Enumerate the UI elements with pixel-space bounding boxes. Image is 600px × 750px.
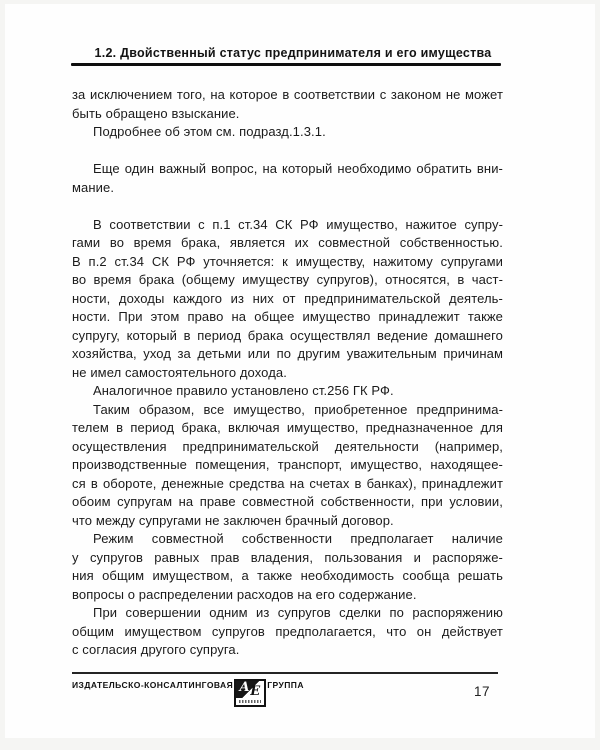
text-line: с согласия другого супруга. — [72, 641, 503, 660]
text-line: супругу, который в период брака осуществ… — [72, 327, 503, 346]
paragraph: Таким образом, все имущество, приобретен… — [72, 401, 503, 531]
header-rule — [71, 63, 501, 66]
text-line: Режим совместной собственности предполаг… — [72, 530, 503, 549]
paragraph: Аналогичное правило установлено ст.256 Г… — [72, 382, 503, 401]
text-line: что между супругами не заключен брачный … — [72, 512, 503, 531]
text-line: общим имуществом супругов предполагается… — [72, 623, 503, 642]
paragraph: Еще один важный вопрос, на который необх… — [72, 160, 503, 197]
paragraph: за исключением того, на которое в соотве… — [72, 86, 503, 123]
text-line: телем в период брака, включая имущество,… — [72, 419, 503, 438]
page-body: за исключением того, на которое в соотве… — [72, 86, 503, 660]
running-header: 1.2. Двойственный статус предпринимателя… — [71, 46, 501, 66]
text-line: В п.2 ст.34 СК РФ уточняется: к имуществ… — [72, 253, 503, 272]
text-line: обоим супругам на праве совместной собст… — [72, 493, 503, 512]
logo-caption-smudge — [239, 700, 261, 703]
footer-row: ИЗДАТЕЛЬСКО-КОНСАЛТИНГОВАЯ А Е ГРУППА 17 — [72, 678, 498, 707]
page-number: 17 — [474, 678, 498, 699]
text-line: ности, доходы каждого из них от предприн… — [72, 290, 503, 309]
paragraph: Режим совместной собственности предполаг… — [72, 530, 503, 604]
text-line: В соответствии с п.1 ст.34 СК РФ имущест… — [72, 216, 503, 235]
text-line: Аналогичное правило установлено ст.256 Г… — [72, 382, 503, 401]
publisher-name-right: ГРУППА — [267, 678, 304, 690]
text-line: за исключением того, на которое в соотве… — [72, 86, 503, 105]
page-footer: ИЗДАТЕЛЬСКО-КОНСАЛТИНГОВАЯ А Е ГРУППА 17 — [72, 672, 498, 707]
text-line: Подробнее об этом см. подразд.1.3.1. — [72, 123, 503, 142]
text-line: ния общим имуществом, а также необходимо… — [72, 567, 503, 586]
text-line: ности. При этом право на общее имущество… — [72, 308, 503, 327]
chapter-heading: 1.2. Двойственный статус предпринимателя… — [71, 46, 501, 60]
paragraph: При совершении одним из супругов сделки … — [72, 604, 503, 660]
footer-rule — [72, 672, 498, 674]
text-line: При совершении одним из супругов сделки … — [72, 604, 503, 623]
publisher-name-left: ИЗДАТЕЛЬСКО-КОНСАЛТИНГОВАЯ — [72, 678, 233, 690]
text-line: не имел самостоятельного дохода. — [72, 364, 503, 383]
text-line: вопросы о распределении расходов на его … — [72, 586, 503, 605]
text-line: мание. — [72, 179, 503, 198]
text-line: Еще один важный вопрос, на который необх… — [72, 160, 503, 179]
text-line: производственные помещения, транспорт, и… — [72, 456, 503, 475]
text-line: осуществления предпринимательской деятел… — [72, 438, 503, 457]
text-line: Таким образом, все имущество, приобретен… — [72, 401, 503, 420]
text-line: во время брака (общему имуществу супруго… — [72, 271, 503, 290]
text-line: ся в обороте, денежные средства на счета… — [72, 475, 503, 494]
text-line: быть обращено взыскание. — [72, 105, 503, 124]
logo-monogram-a: А — [239, 680, 250, 695]
text-line: у супругов равных прав владения, пользов… — [72, 549, 503, 568]
publisher-logo: А Е — [234, 679, 266, 707]
book-page: 1.2. Двойственный статус предпринимателя… — [5, 4, 595, 738]
logo-monogram-e: Е — [250, 684, 260, 699]
paragraph: В соответствии с п.1 ст.34 СК РФ имущест… — [72, 216, 503, 383]
text-line: хозяйства, уход за детьми или по другим … — [72, 345, 503, 364]
paragraph: Подробнее об этом см. подразд.1.3.1. — [72, 123, 503, 142]
text-line: гами во время брака, является их совмест… — [72, 234, 503, 253]
